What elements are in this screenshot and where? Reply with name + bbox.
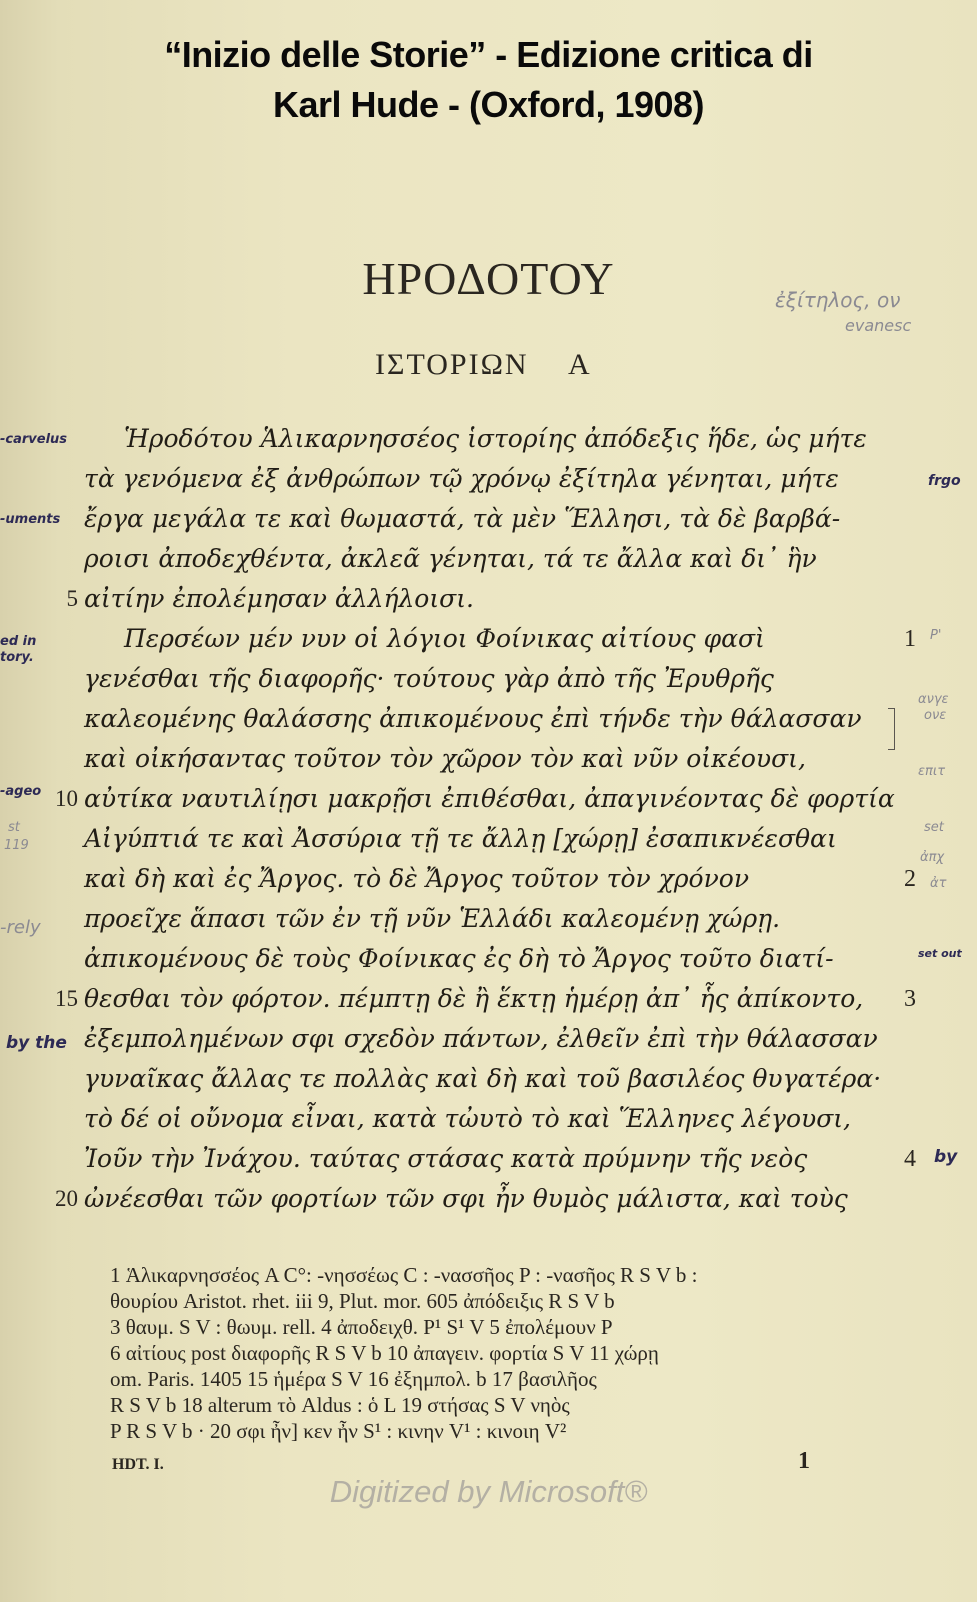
text-line: αἰτίην ἐπολέμησαν ἀλλήλοισι. xyxy=(84,579,914,619)
caption-line-2: Karl Hude - (Oxford, 1908) xyxy=(0,80,977,130)
margin-note: ἐξίτηλος, ον xyxy=(775,293,900,308)
text-line: Αἰγύπτιά τε καὶ Ἀσσύρια τῇ τε ἄλλῃ [χώρῃ… xyxy=(84,819,914,859)
subtitle-text: ΙΣΤΟΡΙΩΝ xyxy=(375,348,529,381)
apparatus-line: θουρίου Aristot. rhet. iii 9, Plut. mor.… xyxy=(110,1288,895,1314)
text-line: Περσέων μέν νυν οἱ λόγιοι Φοίνικας αἰτίο… xyxy=(124,619,954,659)
text-line: αὐτίκα ναυτιλίῃσι μακρῇσι ἐπιθέσθαι, ἀπα… xyxy=(84,779,914,819)
text-line: ροισι ἀποδεχθέντα, ἀκλεᾶ γένηται, τά τε … xyxy=(84,539,914,579)
line-number: 10 xyxy=(48,779,78,819)
margin-note: -ageo xyxy=(0,784,41,799)
margin-note: frgo xyxy=(928,474,961,489)
section-number: 4 xyxy=(904,1139,916,1179)
margin-note: tory. xyxy=(0,650,34,665)
book-number: Α xyxy=(568,348,592,381)
text-line: καλεομένης θαλάσσης ἀπικομένους ἐπὶ τήνδ… xyxy=(84,699,914,739)
section-number: 3 xyxy=(904,979,916,1019)
apparatus-line: 3 θαυμ. S V : θωυμ. rell. 4 ἀποδειχθ. P¹… xyxy=(110,1314,895,1340)
text-line: ἔργα μεγάλα τε καὶ θωμαστά, τὰ μὲν Ἕλλησ… xyxy=(84,499,914,539)
text-line: γυναῖκας ἄλλας τε πολλὰς καὶ δὴ καὶ τοῦ … xyxy=(84,1059,914,1099)
handwritten-bracket xyxy=(888,708,895,750)
margin-note: -carvelus xyxy=(0,432,67,447)
margin-note: ἀτ xyxy=(930,876,946,891)
caption-line-1: “Inizio delle Storie” - Edizione critica… xyxy=(0,30,977,80)
text-line: καὶ δὴ καὶ ἐς Ἄργος. τὸ δὲ Ἄργος τοῦτον … xyxy=(84,859,914,899)
section-number: 2 xyxy=(904,859,916,899)
margin-note: st xyxy=(8,820,20,835)
margin-note: ανγε xyxy=(918,692,949,707)
text-line: Ἰοῦν τὴν Ἰνάχου. ταύτας στάσας κατὰ πρύμ… xyxy=(84,1139,914,1179)
text-line: Ἡροδότου Ἁλικαρνησσέος ἱστορίης ἀπόδεξις… xyxy=(124,419,954,459)
margin-note: ονε xyxy=(924,708,946,723)
section-number: 1 xyxy=(904,619,916,659)
margin-note: set xyxy=(924,820,944,835)
text-line: ὠνέεσθαι τῶν φορτίων τῶν σφι ἦν θυμὸς μά… xyxy=(84,1179,914,1219)
margin-note: evanesc xyxy=(845,318,911,333)
digitization-watermark: Digitized by Microsoft® xyxy=(0,1474,977,1510)
margin-note: ed in xyxy=(0,634,36,649)
margin-note: 119 xyxy=(4,838,29,853)
text-line: ἐξεμπολημένων σφι σχεδὸν πάντων, ἐλθεῖν … xyxy=(84,1019,914,1059)
line-number: 5 xyxy=(48,579,78,619)
margin-note: ἀπχ xyxy=(920,850,944,865)
text-line: προεῖχε ἅπασι τῶν ἐν τῇ νῦν Ἑλλάδι καλεο… xyxy=(84,899,914,939)
margin-note: by xyxy=(934,1150,957,1165)
text-line: γενέσθαι τῆς διαφορῆς· τούτους γὰρ ἀπὸ τ… xyxy=(84,659,914,699)
margin-note: set out xyxy=(918,946,962,961)
apparatus-line: 1 Ἁλικαρνησσέος A C°: -νησσέως C : -νασσ… xyxy=(110,1262,895,1288)
text-line: θεσθαι τὸν φόρτον. πέμπτῃ δὲ ἢ ἕκτῃ ἡμέρ… xyxy=(84,979,914,1019)
margin-note: P' xyxy=(930,628,941,643)
line-number: 20 xyxy=(48,1179,78,1219)
text-line: καὶ οἰκήσαντας τοῦτον τὸν χῶρον τὸν καὶ … xyxy=(84,739,914,779)
page-number: 1 xyxy=(798,1448,810,1475)
line-number: 15 xyxy=(48,979,78,1019)
apparatus-line: 6 αἰτίους post διαφορῆς R S V b 10 ἀπαγε… xyxy=(110,1340,895,1366)
margin-note: by the xyxy=(6,1036,67,1051)
apparatus-line: om. Paris. 1405 15 ἡμέρα S V 16 ἐξημπολ.… xyxy=(110,1366,895,1392)
book-subtitle: ΙΣΤΟΡΙΩΝ Α xyxy=(375,348,592,382)
margin-note: επιτ xyxy=(918,764,945,779)
apparatus-line: R S V b 18 alterum τὸ Aldus : ὁ L 19 στή… xyxy=(110,1392,895,1418)
text-line: τὸ δέ οἱ οὔνομα εἶναι, κατὰ τὠυτὸ τὸ καὶ… xyxy=(84,1099,914,1139)
running-head: HDT. I. xyxy=(112,1456,164,1474)
apparatus-line: P R S V b · 20 σφι ἦν] κεν ἦν S¹ : κινην… xyxy=(110,1418,895,1444)
margin-note: -uments xyxy=(0,512,60,527)
text-line: ἀπικομένους δὲ τοὺς Φοίνικας ἐς δὴ τὸ Ἄρ… xyxy=(84,939,914,979)
text-line: τὰ γενόμενα ἐξ ἀνθρώπων τῷ χρόνῳ ἐξίτηλα… xyxy=(84,459,914,499)
margin-note: -rely xyxy=(0,920,41,935)
